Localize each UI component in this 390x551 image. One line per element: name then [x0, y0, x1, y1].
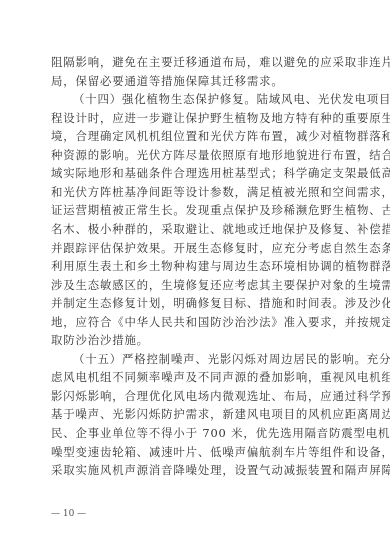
text-line: 阻隔影响，避免在主要迁移通道布局，难以避免的应采取非连片布 — [51, 53, 341, 71]
text-line: （十五）严格控制噪声、光影闪烁对周边居民的影响。充分考 — [73, 350, 341, 368]
text-line: 局，保留必要通道等措施保障其迁移需求。 — [51, 72, 341, 90]
text-line: 虑风电机组不同频率噪声及不同声源的叠加影响，重视风电机组光 — [51, 368, 341, 386]
text-line: 种资源的影响。光伏方阵尽量依照原有地形地貌进行布置，结合区 — [51, 146, 341, 164]
text-line: 涉及生态敏感区的，生境修复还应考虑其主要保护对象的生境需求， — [51, 276, 341, 294]
text-line: （十四）强化植物生态保护修复。陆域风电、光伏发电项目工 — [73, 90, 341, 108]
text-line: 名木、极小种群的，采取避让、就地或迁地保护及修复、补偿措施， — [51, 220, 341, 238]
text-line: 采取实施风机声源消音降噪处理，设置气动减振装置和隔声屏障， — [51, 461, 341, 479]
text-line: 基于噪声、光影闪烁防护需求，新建风电项目的风机应距离周边居 — [51, 405, 341, 423]
text-line: 程设计时，应进一步避让保护野生植物及地方特有种的重要原生生 — [51, 109, 341, 127]
text-line: 影闪烁影响，合理优化风电场内微观选址、布局，应通过科学预测， — [51, 387, 341, 405]
text-line: 噪型变速齿轮箱、减速叶片、低噪声偏航刹车片等组件和设备，可 — [51, 443, 341, 461]
text-line: 民、企事业单位等不得小于 700 米，优先选用隔音防震型电机、减 — [51, 424, 341, 442]
text-line: 利用原生表土和乡土物种构建与周边生态环境相协调的植物群落； — [51, 257, 341, 275]
document-page: 阻隔影响，避免在主要迁移通道布局，难以避免的应采取非连片布局，保留必要通道等措施… — [0, 0, 390, 551]
text-line: 地，应符合《中华人民共和国防沙治沙法》准入要求，并按规定采 — [51, 313, 341, 331]
text-line: 和光伏方阵桩基净间距等设计参数，满足植被光照和空间需求，保 — [51, 183, 341, 201]
text-line: 境，合理确定风机机组位置和光伏方阵布置，减少对植物群落和物 — [51, 127, 341, 145]
text-line: 并制定生态修复计划，明确修复目标、措施和时间表。涉及沙化土 — [51, 294, 341, 312]
page-number: — 10 — — [51, 506, 86, 522]
text-line: 取防沙治沙措施。 — [51, 331, 341, 349]
text-line: 证运营期植被正常生长。发现重点保护及珍稀濒危野生植物、古树 — [51, 201, 341, 219]
text-line: 域实际地形和基础条件合理选用桩基型式；科学确定支架最低高度 — [51, 164, 341, 182]
text-line: 并跟踪评估保护效果。开展生态修复时，应充分考虑自然生态条件， — [51, 239, 341, 257]
